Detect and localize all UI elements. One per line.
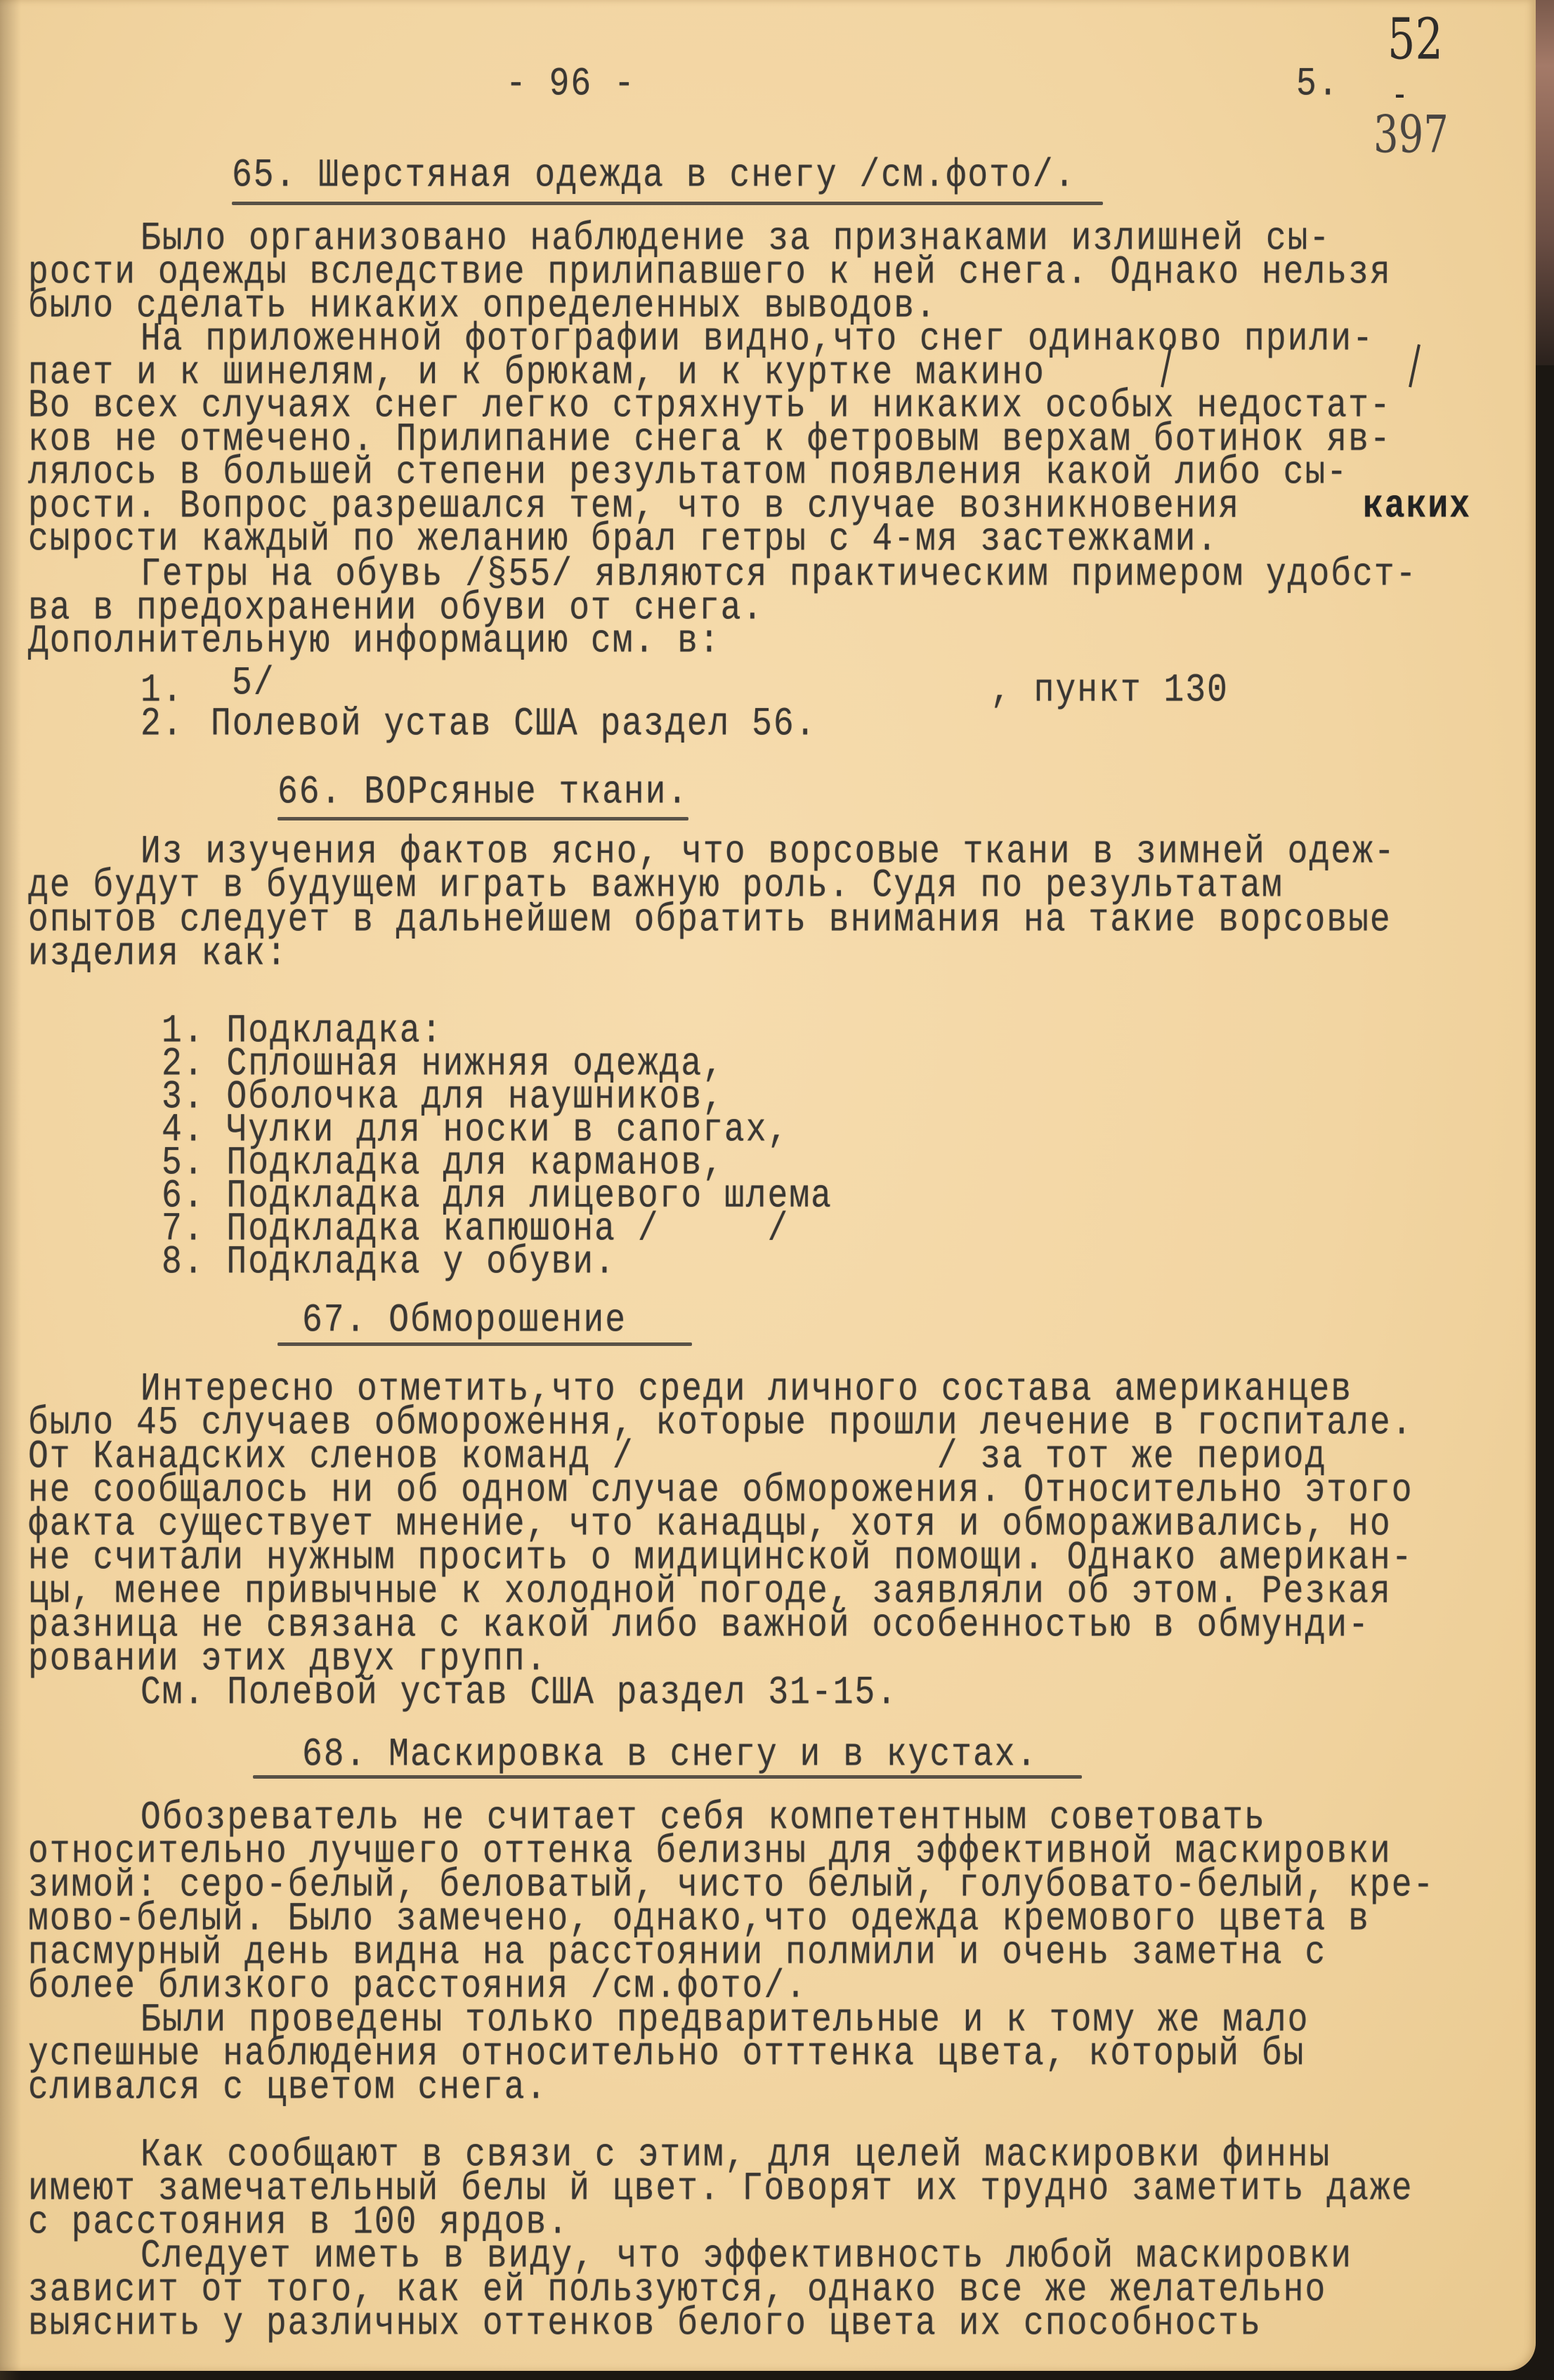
- archive-sheet-number: 397: [1373, 105, 1449, 165]
- page-number: - 96 -: [506, 65, 636, 105]
- struck-word: каких: [1363, 487, 1471, 527]
- section-65-title: 65. Шерстяная одежда в снегу /см.фото/.: [232, 156, 1076, 196]
- section-67-title: 67. Обморошение: [302, 1301, 627, 1341]
- reference-2-text: Полевой устав США раздел 56.: [211, 705, 817, 745]
- section-66-title: 66. ВОРсяные ткани.: [277, 773, 688, 813]
- binding-shadow: [0, 0, 21, 2380]
- reference-1-text: 5/: [232, 664, 275, 704]
- reference-1-suffix: , пункт 130: [991, 671, 1229, 711]
- document-page: - 96 - 5. 52 - 397 65. Шерстяная одежда …: [0, 0, 1536, 2371]
- section-68-line: сливался с цветом снега.: [28, 2068, 547, 2108]
- section-66-underline: [277, 817, 688, 820]
- section-67-line: См. Полевой устав США раздел 31-15.: [141, 1673, 898, 1713]
- section-68-title: 68. Маскировка в снегу и в кустах.: [302, 1735, 1038, 1775]
- section-68-underline: [253, 1775, 1082, 1779]
- section-66-line: изделия как:: [28, 934, 288, 974]
- section-68-line: выяснить у различных оттенков белого цве…: [28, 2304, 1262, 2344]
- list-item: 8. Подкладка у обуви.: [162, 1243, 616, 1283]
- section-65-underline: [232, 202, 1103, 205]
- corner-mark-left: 5.: [1296, 65, 1340, 105]
- archive-folio-number: 52: [1387, 6, 1443, 72]
- reference-2-number: 2.: [141, 705, 184, 745]
- slash-mark: [1409, 344, 1421, 387]
- section-65-line: Дополнительную информацию см. в:: [28, 622, 721, 662]
- section-67-underline: [277, 1342, 692, 1346]
